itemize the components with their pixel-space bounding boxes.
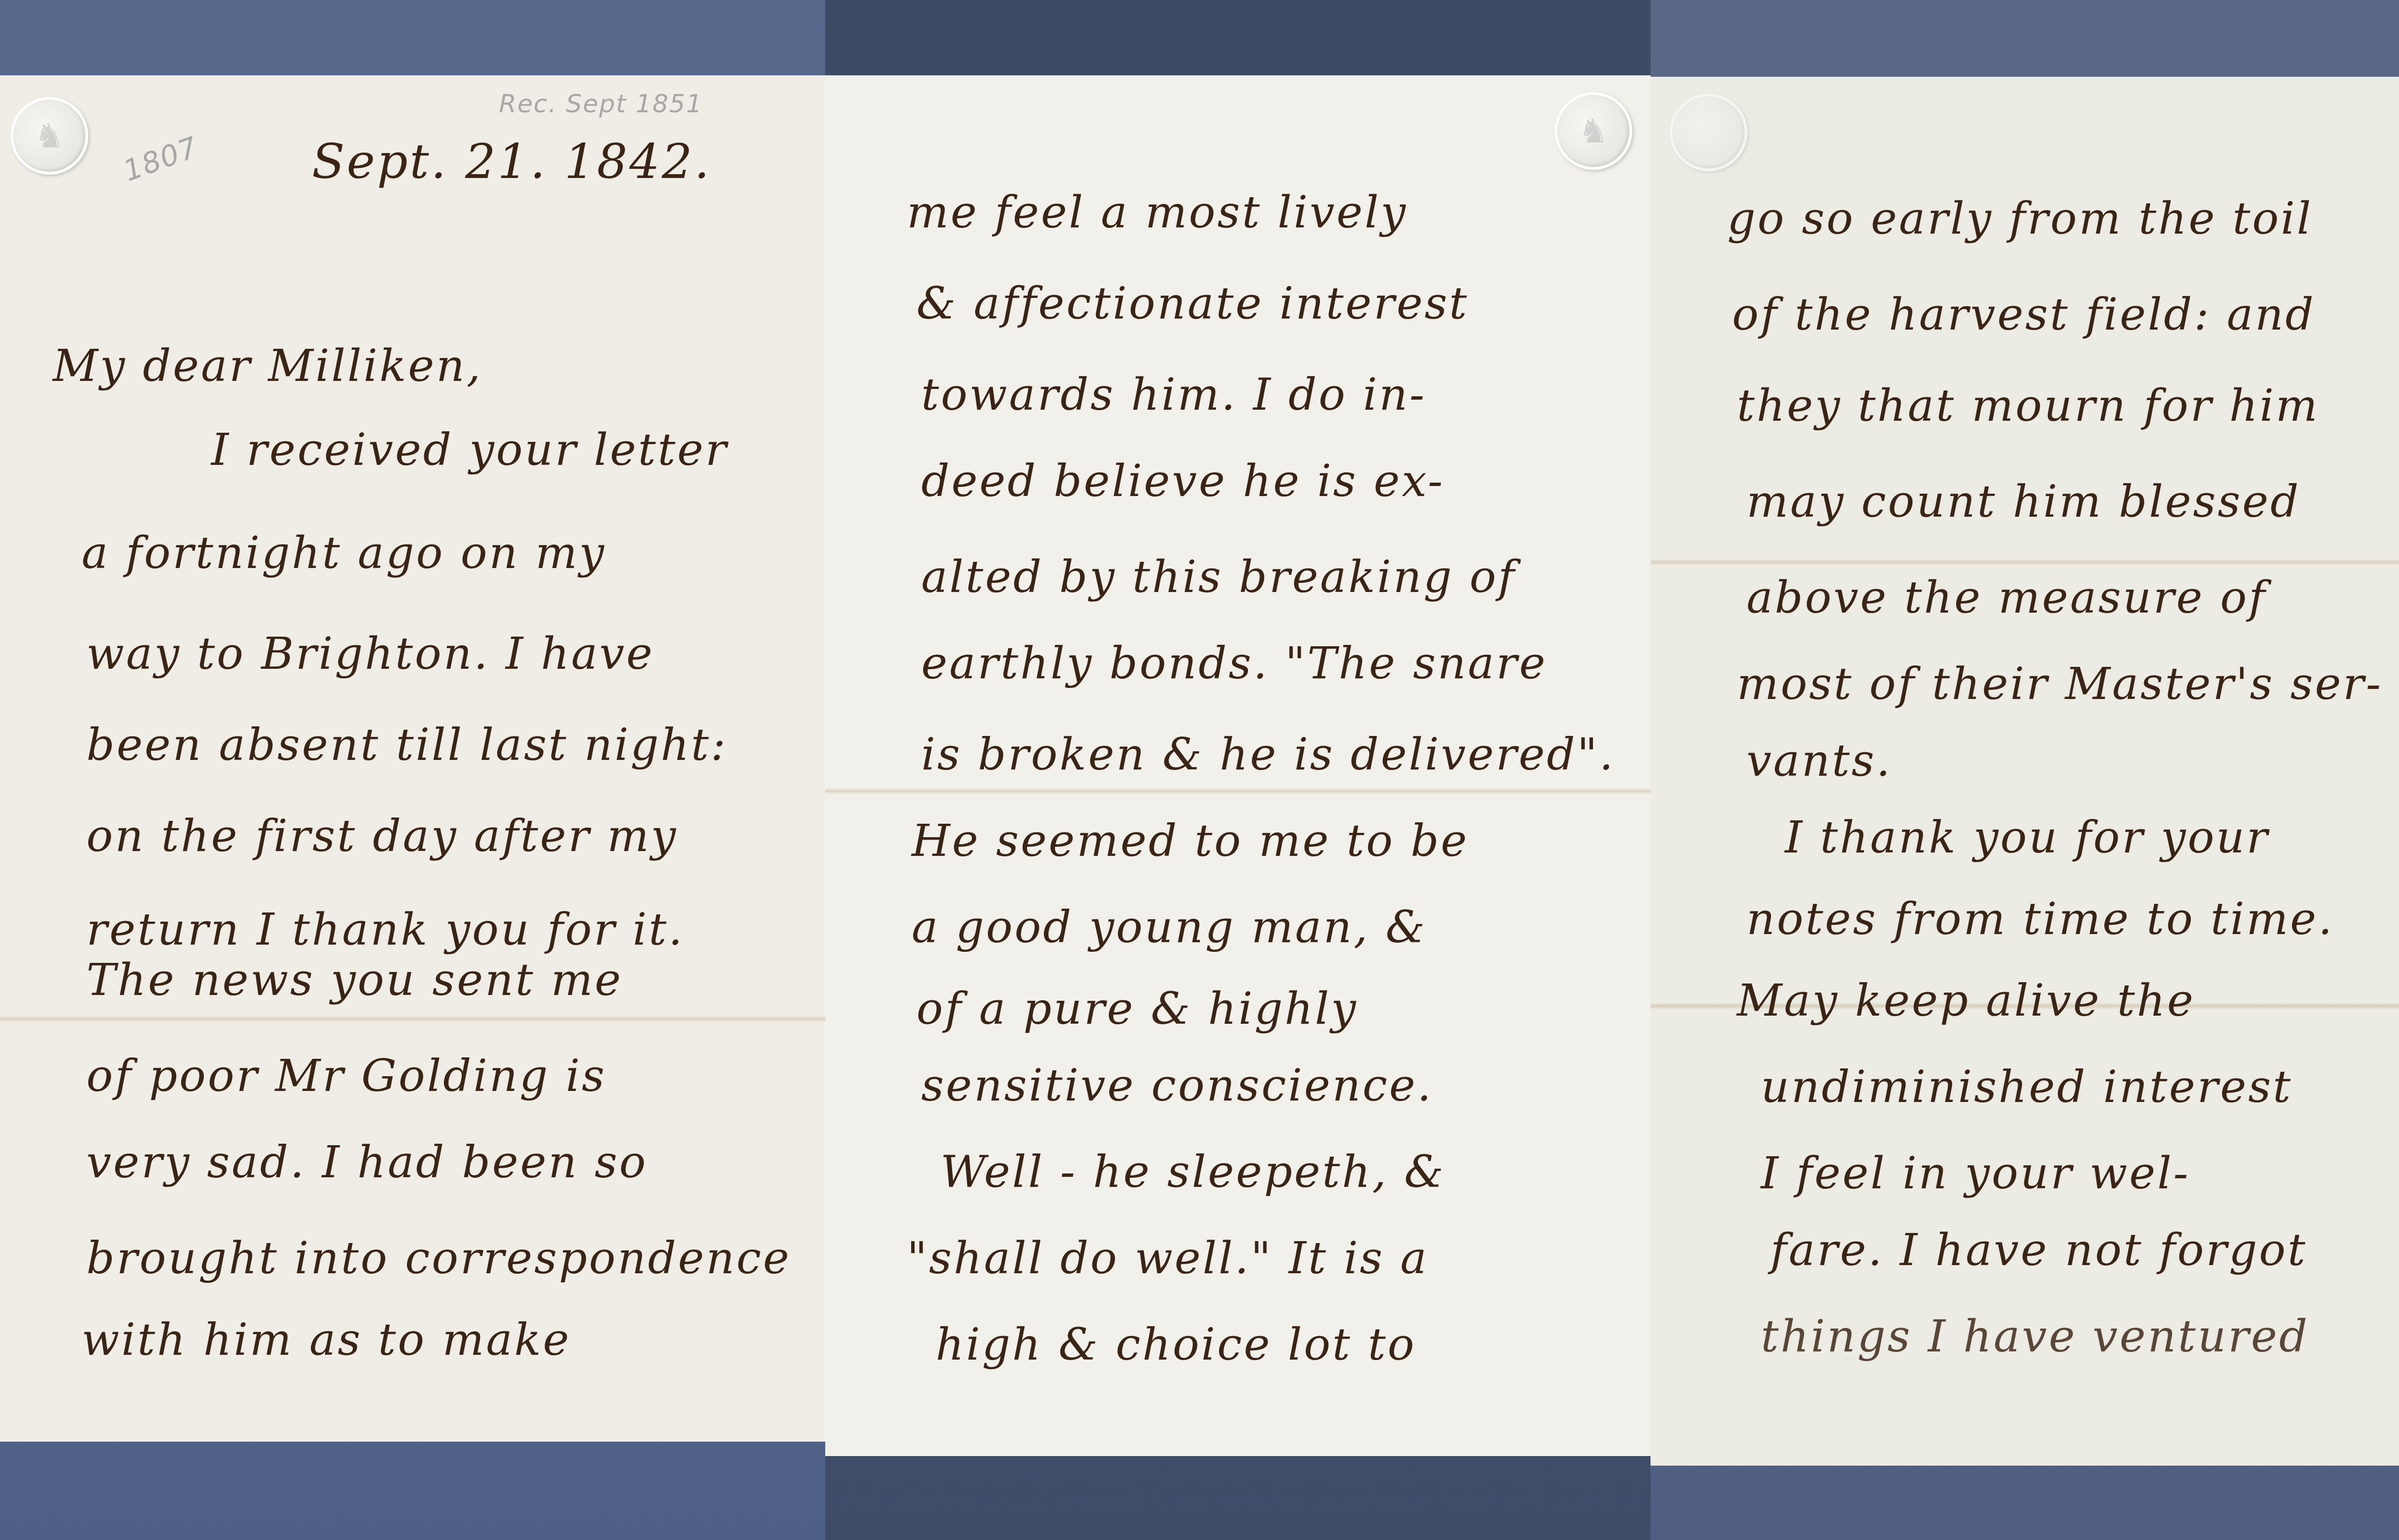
text-line: alted by this breaking of [921,555,1651,599]
text-line: Well - he sleepeth, & [940,1150,1651,1194]
text-line: things I have ventured [1761,1315,2399,1359]
letter-date: Sept. 21. 1842. [312,138,825,186]
text-line: above the measure of [1746,576,2399,620]
text-line: a good young man, & [912,905,1651,949]
embossed-seal-icon [1670,94,1747,171]
text-line: I feel in your wel- [1761,1151,2399,1196]
text-line: with him as to make [82,1318,825,1362]
text-line: & affectionate interest [916,282,1651,326]
text-line: towards him. I do in- [921,373,1651,417]
text-line: notes from time to time. [1746,897,2399,941]
text-line: is broken & he is delivered". [921,733,1651,777]
text-line: deed believe he is ex- [921,459,1651,503]
letter-page-2: ♞ me feel a most lively & affectionate i… [825,75,1651,1456]
text-line: "shall do well." It is a [907,1236,1651,1280]
text-line: very sad. I had been so [86,1140,825,1185]
embossed-seal-icon: ♞ [1555,92,1632,170]
text-line: sensitive conscience. [921,1064,1651,1108]
embossed-seal-icon: ♞ [11,97,88,175]
text-line: He seemed to me to be [912,819,1651,863]
text-line: May keep alive the [1737,979,2399,1023]
text-line: brought into correspondence [86,1236,825,1280]
text-line: vants. [1746,739,2399,783]
text-line: may count him blessed [1746,480,2399,524]
letter-page-3: go so early from the toil of the harvest… [1651,77,2399,1466]
text-line: been absent till last night: [86,723,825,767]
letter-page-1: ♞ 1807 Rec. Sept 1851 Sept. 21. 1842. My… [0,75,825,1442]
text-line: go so early from the toil [1727,197,2399,241]
text-line: fare. I have not forgot [1770,1228,2399,1272]
lion-crest-icon: ♞ [13,100,85,172]
text-line: earthly bonds. "The snare [921,641,1651,686]
text-line: most of their Master's ser- [1737,662,2399,706]
text-line: return I thank you for it. [86,908,825,952]
crest-icon: ♞ [1557,95,1629,167]
text-line: way to Brighton. I have [86,632,825,676]
text-line: they that mourn for him [1737,384,2399,428]
received-note: Rec. Sept 1851 [499,90,703,118]
text-line: The news you sent me [86,958,825,1002]
archive-number-note: 1807 [119,130,203,189]
text-line: I received your letter [211,428,825,472]
text-line: I thank you for your [1785,816,2399,860]
text-line: high & choice lot to [936,1323,1651,1367]
text-line: of poor Mr Golding is [86,1054,825,1098]
salutation: My dear Milliken, [53,344,825,388]
text-line: on the first day after my [86,814,825,858]
text-line: a fortnight ago on my [82,531,825,575]
text-line: undiminished interest [1761,1065,2399,1109]
text-line: of a pure & highly [916,987,1651,1031]
text-line: me feel a most lively [907,190,1651,235]
text-line: of the harvest field: and [1732,293,2399,337]
